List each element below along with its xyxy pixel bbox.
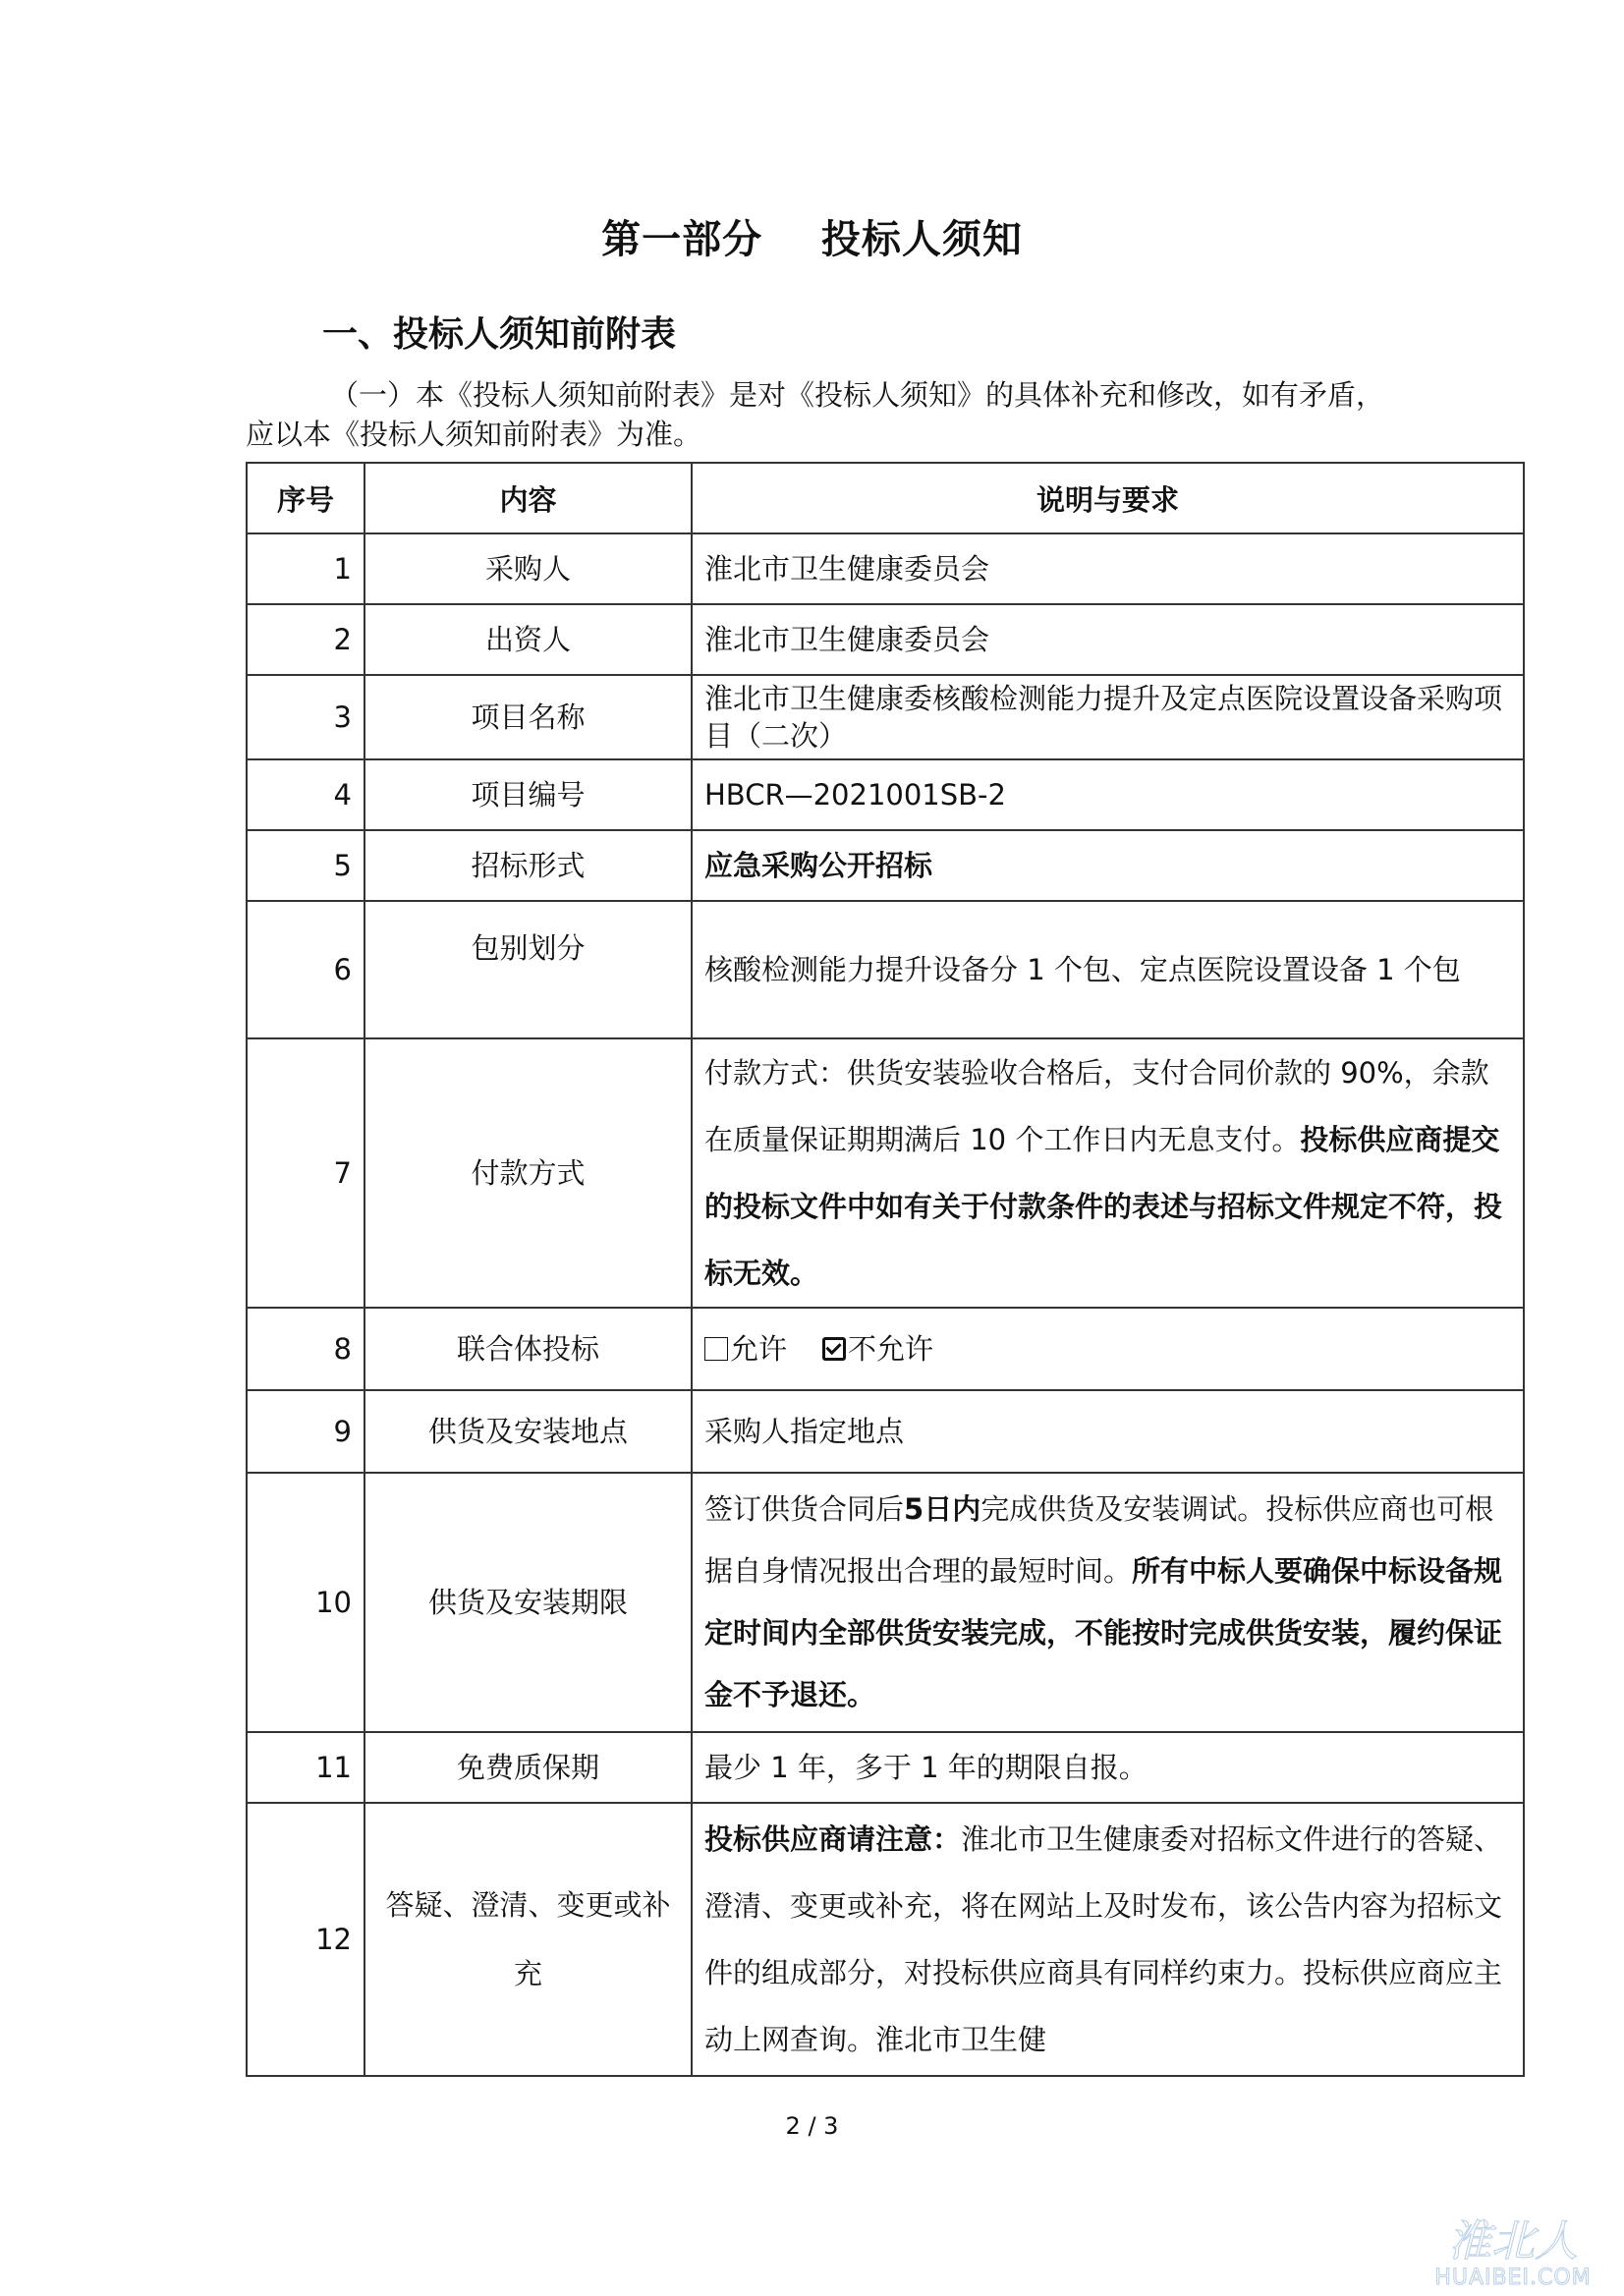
table-row: 10 供货及安装期限 签订供货合同后5日内完成供货及安装调试。投标供应商也可根据… <box>247 1473 1524 1732</box>
row-item: 招标形式 <box>364 830 692 901</box>
table-row: 7 付款方式 付款方式：供货安装验收合格后，支付合同价款的 90%，余款在质量保… <box>247 1038 1524 1308</box>
row-desc: 核酸检测能力提升设备分 1 个包、定点医院设置设备 1 个包 <box>692 901 1524 1038</box>
option-allow: 允许 <box>704 1332 787 1366</box>
table-row: 6 包别划分 核酸检测能力提升设备分 1 个包、定点医院设置设备 1 个包 <box>247 901 1524 1038</box>
row-item: 免费质保期 <box>364 1732 692 1803</box>
intro-paragraph: （一）本《投标人须知前附表》是对《投标人须知》的具体补充和修改，如有矛盾，应以本… <box>246 375 1405 454</box>
row-desc: 应急采购公开招标 <box>692 830 1524 901</box>
row-no: 10 <box>247 1473 364 1732</box>
row-desc: 投标供应商请注意：淮北市卫生健康委对招标文件进行的答疑、澄清、变更或补充，将在网… <box>692 1803 1524 2076</box>
table-row: 5 招标形式 应急采购公开招标 <box>247 830 1524 901</box>
row-no: 1 <box>247 533 364 604</box>
watermark-logo-text: 淮北人 <box>1415 2218 1611 2266</box>
row-desc: 允许不允许 <box>692 1308 1524 1390</box>
row-no: 3 <box>247 675 364 759</box>
row-desc: 采购人指定地点 <box>692 1390 1524 1473</box>
table-row: 3 项目名称 淮北市卫生健康委核酸检测能力提升及定点医院设置设备采购项目（二次） <box>247 675 1524 759</box>
table-row: 12 答疑、澄清、变更或补充 投标供应商请注意：淮北市卫生健康委对招标文件进行的… <box>247 1803 1524 2076</box>
row-item: 供货及安装地点 <box>364 1390 692 1473</box>
bidder-notice-table: 序号 内容 说明与要求 1 采购人 淮北市卫生健康委员会 2 出资人 淮北市卫生… <box>246 462 1525 2077</box>
checked-box-icon <box>822 1337 846 1361</box>
table-row: 4 项目编号 HBCR—2021001SB-2 <box>247 759 1524 830</box>
row-item: 供货及安装期限 <box>364 1473 692 1732</box>
row-desc: 淮北市卫生健康委员会 <box>692 533 1524 604</box>
option-disallow: 不允许 <box>822 1332 933 1366</box>
row-item: 采购人 <box>364 533 692 604</box>
row-desc: HBCR—2021001SB-2 <box>692 759 1524 830</box>
attention-label: 投标供应商请注意： <box>704 1822 961 1856</box>
row-item: 包别划分 <box>364 901 692 1038</box>
row-no: 8 <box>247 1308 364 1390</box>
row-no: 6 <box>247 901 364 1038</box>
table-row: 9 供货及安装地点 采购人指定地点 <box>247 1390 1524 1473</box>
row-item: 项目名称 <box>364 675 692 759</box>
header-no: 序号 <box>247 463 364 533</box>
table-row: 2 出资人 淮北市卫生健康委员会 <box>247 604 1524 675</box>
row-item: 出资人 <box>364 604 692 675</box>
header-desc: 说明与要求 <box>692 463 1524 533</box>
row-no: 4 <box>247 759 364 830</box>
page-number: 2 / 3 <box>0 2112 1624 2140</box>
table-row: 1 采购人 淮北市卫生健康委员会 <box>247 533 1524 604</box>
row-desc: 签订供货合同后5日内完成供货及安装调试。投标供应商也可根据自身情况报出合理的最短… <box>692 1473 1524 1732</box>
row-no: 7 <box>247 1038 364 1308</box>
row-item: 联合体投标 <box>364 1308 692 1390</box>
header-item: 内容 <box>364 463 692 533</box>
row-desc: 付款方式：供货安装验收合格后，支付合同价款的 90%，余款在质量保证期期满后 1… <box>692 1038 1524 1308</box>
watermark-domain: HUAIBEI.COM <box>1415 2266 1611 2291</box>
row-desc: 淮北市卫生健康委员会 <box>692 604 1524 675</box>
table-row: 8 联合体投标 允许不允许 <box>247 1308 1524 1390</box>
row-no: 11 <box>247 1732 364 1803</box>
site-watermark: 淮北人 HUAIBEI.COM <box>1415 2218 1611 2291</box>
row-no: 2 <box>247 604 364 675</box>
unchecked-box-icon <box>704 1337 728 1361</box>
row-no: 5 <box>247 830 364 901</box>
section-heading: 一、投标人须知前附表 <box>322 307 676 357</box>
table-row: 11 免费质保期 最少 1 年，多于 1 年的期限自报。 <box>247 1732 1524 1803</box>
document-title: 第一部分 投标人须知 <box>0 208 1624 264</box>
table-header-row: 序号 内容 说明与要求 <box>247 463 1524 533</box>
row-desc: 最少 1 年，多于 1 年的期限自报。 <box>692 1732 1524 1803</box>
row-no: 9 <box>247 1390 364 1473</box>
row-item: 付款方式 <box>364 1038 692 1308</box>
row-no: 12 <box>247 1803 364 2076</box>
row-desc: 淮北市卫生健康委核酸检测能力提升及定点医院设置设备采购项目（二次） <box>692 675 1524 759</box>
row-item: 答疑、澄清、变更或补充 <box>364 1803 692 2076</box>
row-item: 项目编号 <box>364 759 692 830</box>
